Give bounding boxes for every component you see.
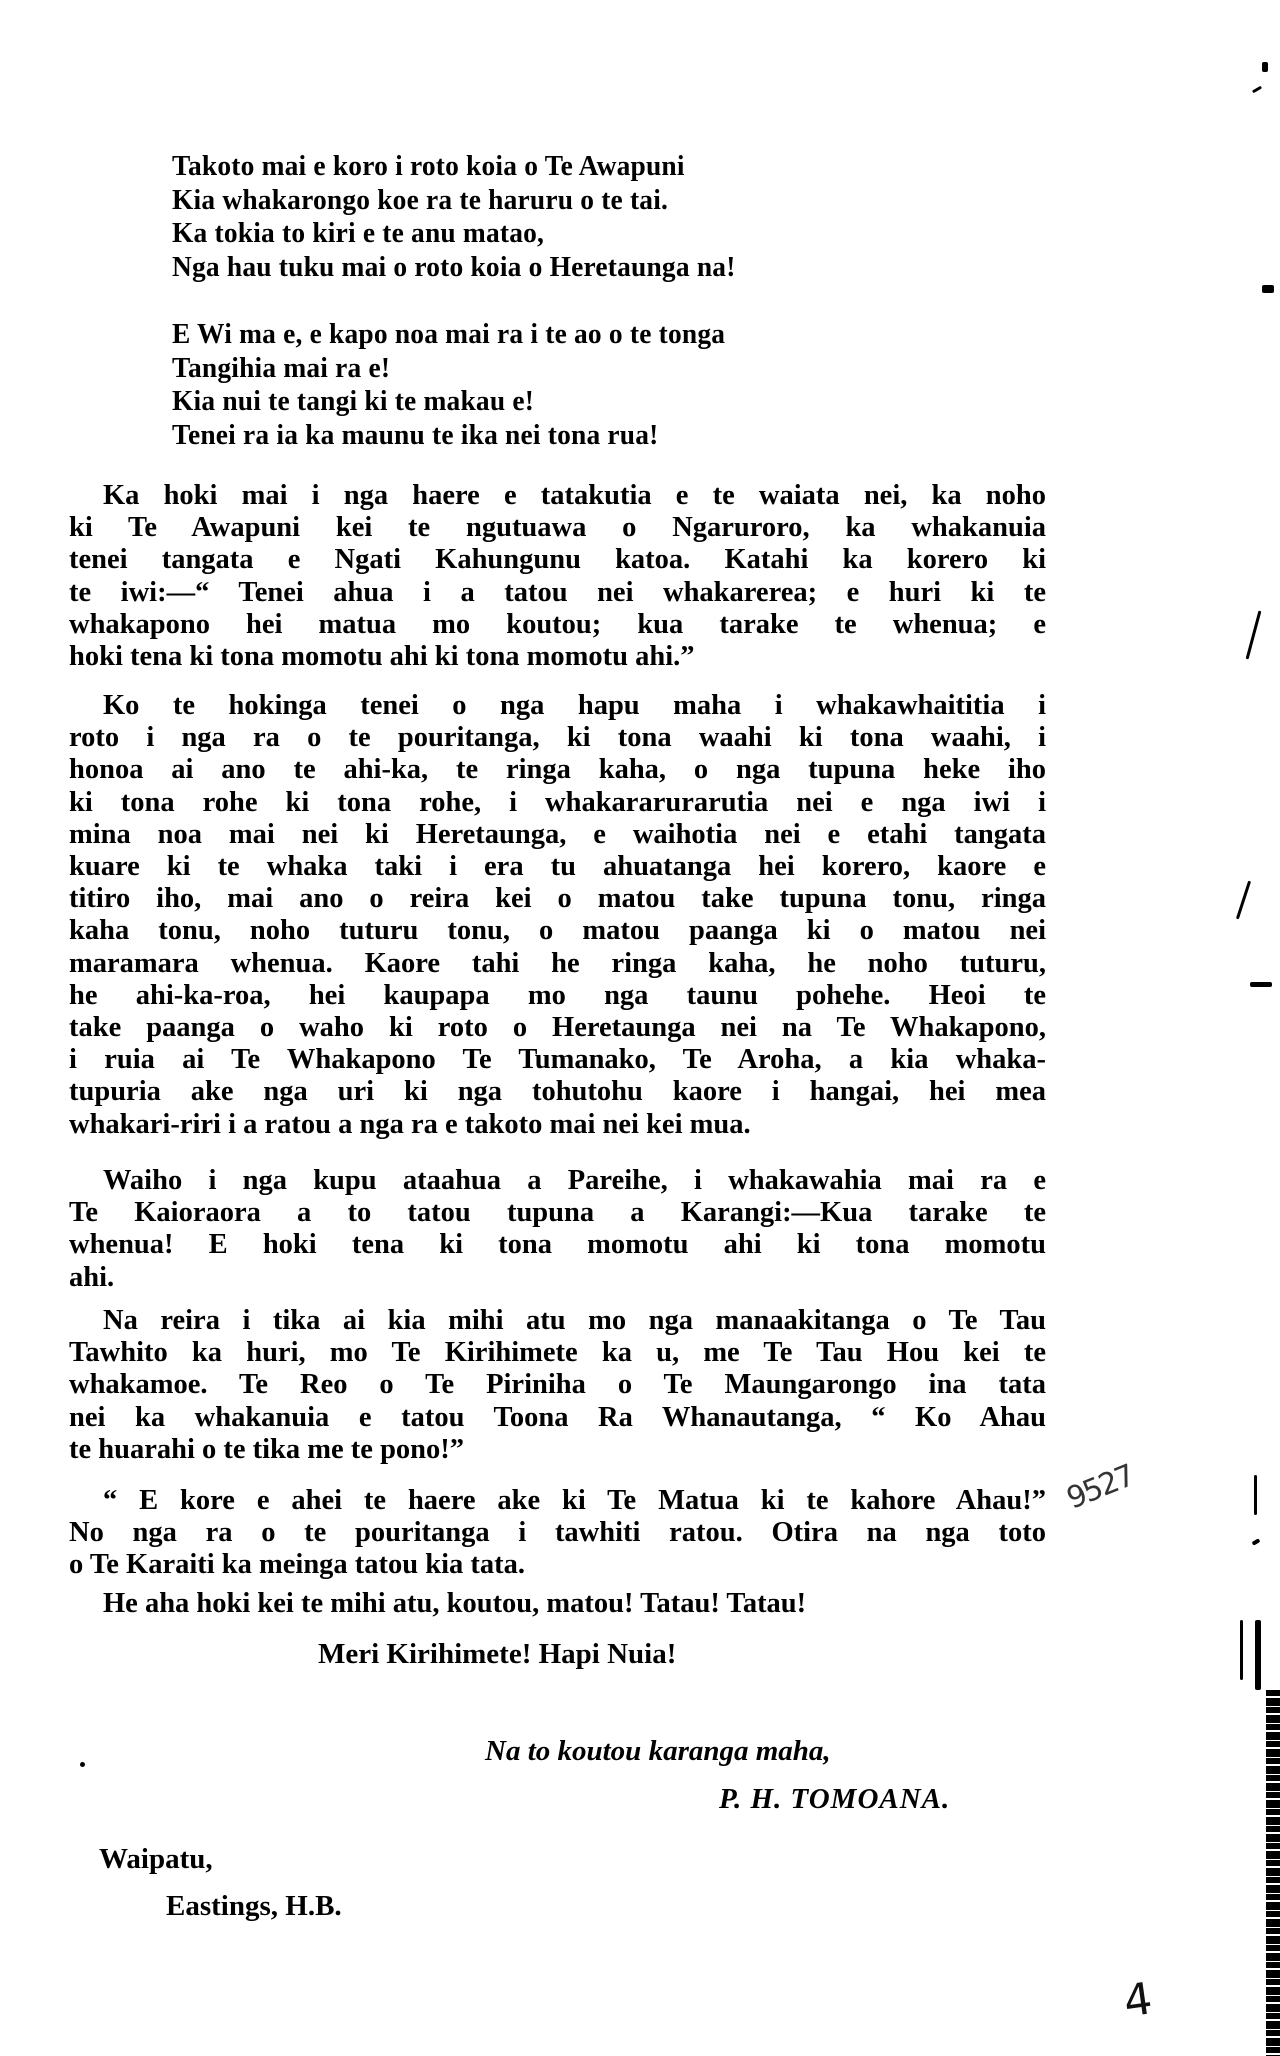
paragraph-line: i ruia ai Te Whakapono Te Tumanako, Te A…	[69, 1044, 1046, 1076]
paragraph-line: tenei tangata e Ngati Kahungunu katoa. K…	[69, 544, 1046, 576]
verse-line: Tenei ra ia ka maunu te ika nei tona rua…	[172, 419, 976, 453]
verse-line: Ka tokia to kiri e te anu matao,	[172, 217, 976, 251]
paragraph-line: te huarahi o te tika me te pono!”	[69, 1434, 1046, 1466]
paragraph-line: ki tona rohe ki tona rohe, i whakararura…	[69, 787, 1046, 819]
handwritten-page-number: 4	[1121, 1973, 1156, 2027]
verse-stanza-1: Takoto mai e koro i roto koia o Te Awapu…	[172, 150, 976, 284]
paragraph-3: Waiho i nga kupu ataahua a Pareihe, i wh…	[69, 1165, 1046, 1294]
christmas-greeting: Meri Kirihimete! Hapi Nuia!	[318, 1638, 676, 1671]
paragraph-line: ahi.	[69, 1262, 1046, 1294]
paragraph-line: honoa ai ano te ahi-ka, te ringa kaha, o…	[69, 754, 1046, 786]
verse-line: Kia nui te tangi ki te makau e!	[172, 385, 976, 419]
scan-edge-artifact	[1266, 1690, 1280, 2056]
document-page: Takoto mai e koro i roto koia o Te Awapu…	[0, 0, 1280, 2056]
paragraph-1: Ka hoki mai i nga haere e tatakutia e te…	[69, 480, 1046, 673]
verse-stanza-2: E Wi ma e, e kapo noa mai ra i te ao o t…	[172, 318, 976, 452]
scan-speck	[1252, 86, 1262, 94]
paragraph-line: No nga ra o te pouritanga i tawhiti rato…	[69, 1517, 1046, 1549]
scan-speck	[1252, 1538, 1261, 1545]
paragraph-line: Tawhito ka huri, mo Te Kirihimete ka u, …	[69, 1337, 1046, 1369]
address-line-2: Eastings, H.B.	[166, 1890, 342, 1923]
paragraph-line: nei ka whakanuia e tatou Toona Ra Whanau…	[69, 1402, 1046, 1434]
paragraph-line: o Te Karaiti ka meinga tatou kia tata.	[69, 1549, 1046, 1581]
paragraph-line: ki Te Awapuni kei te ngutuawa o Ngaruror…	[69, 512, 1046, 544]
paragraph-line: titiro iho, mai ano o reira kei o matou …	[69, 883, 1046, 915]
signature: P. H. TOMOANA.	[719, 1783, 950, 1816]
paragraph-line: kuare ki te whaka taki i era tu ahuatang…	[69, 851, 1046, 883]
paragraph-line: maramara whenua. Kaore tahi he ringa kah…	[69, 948, 1046, 980]
scan-speck	[1262, 285, 1274, 293]
paragraph-line: He aha hoki kei te mihi atu, koutou, mat…	[69, 1588, 1046, 1620]
paragraph-line: whenua! E hoki tena ki tona momotu ahi k…	[69, 1229, 1046, 1261]
paragraph-5: “ E kore e ahei te haere ake ki Te Matua…	[69, 1485, 1046, 1582]
scan-speck	[1254, 1475, 1257, 1515]
scan-speck	[1236, 881, 1251, 920]
scan-speck	[1240, 1620, 1243, 1680]
signoff-line: Na to koutou karanga maha,	[485, 1735, 831, 1768]
paragraph-4: Na reira i tika ai kia mihi atu mo nga m…	[69, 1305, 1046, 1466]
paragraph-line: whakamoe. Te Reo o Te Piriniha o Te Maun…	[69, 1369, 1046, 1401]
paragraph-line: whakari-riri i a ratou a nga ra e takoto…	[69, 1109, 1046, 1141]
paragraph-line: he ahi-ka-roa, hei kaupapa mo nga taunu …	[69, 980, 1046, 1012]
paragraph-line: hoki tena ki tona momotu ahi ki tona mom…	[69, 641, 1046, 673]
paragraph-line: “ E kore e ahei te haere ake ki Te Matua…	[69, 1485, 1046, 1517]
verse-line: Nga hau tuku mai o roto koia o Heretaung…	[172, 251, 976, 285]
handwritten-catalogue-number: 9527	[1062, 1458, 1138, 1516]
paragraph-line: Na reira i tika ai kia mihi atu mo nga m…	[69, 1305, 1046, 1337]
verse-line: E Wi ma e, e kapo noa mai ra i te ao o t…	[172, 318, 976, 352]
verse-line: Tangihia mai ra e!	[172, 352, 976, 386]
paragraph-2: Ko te hokinga tenei o nga hapu maha i wh…	[69, 690, 1046, 1141]
scan-speck	[1250, 982, 1272, 987]
paragraph-line: roto i nga ra o te pouritanga, ki tona w…	[69, 722, 1046, 754]
paragraph-line: Ka hoki mai i nga haere e tatakutia e te…	[69, 480, 1046, 512]
paragraph-line: tupuria ake nga uri ki nga tohutohu kaor…	[69, 1076, 1046, 1108]
scan-speck	[1255, 1620, 1261, 1690]
paragraph-line: whakapono hei matua mo koutou; kua tarak…	[69, 609, 1046, 641]
verse-line: Takoto mai e koro i roto koia o Te Awapu…	[172, 150, 976, 184]
paragraph-line: Te Kaioraora a to tatou tupuna a Karangi…	[69, 1197, 1046, 1229]
paragraph-line: kaha tonu, noho tuturu tonu, o matou paa…	[69, 915, 1046, 947]
paragraph-line: Waiho i nga kupu ataahua a Pareihe, i wh…	[69, 1165, 1046, 1197]
scan-speck	[1262, 62, 1268, 72]
verse-line: Kia whakarongo koe ra te haruru o te tai…	[172, 184, 976, 218]
address-line-1: Waipatu,	[99, 1843, 213, 1876]
scan-speck	[1246, 610, 1262, 659]
paragraph-line: mina noa mai nei ki Heretaunga, e waihot…	[69, 819, 1046, 851]
paragraph-line: Ko te hokinga tenei o nga hapu maha i wh…	[69, 690, 1046, 722]
paragraph-line: take paanga o waho ki roto o Heretaunga …	[69, 1012, 1046, 1044]
paragraph-line: te iwi:—“ Tenei ahua i a tatou nei whaka…	[69, 577, 1046, 609]
paragraph-6: He aha hoki kei te mihi atu, koutou, mat…	[69, 1588, 1046, 1620]
stray-dot-mark	[80, 1762, 85, 1767]
